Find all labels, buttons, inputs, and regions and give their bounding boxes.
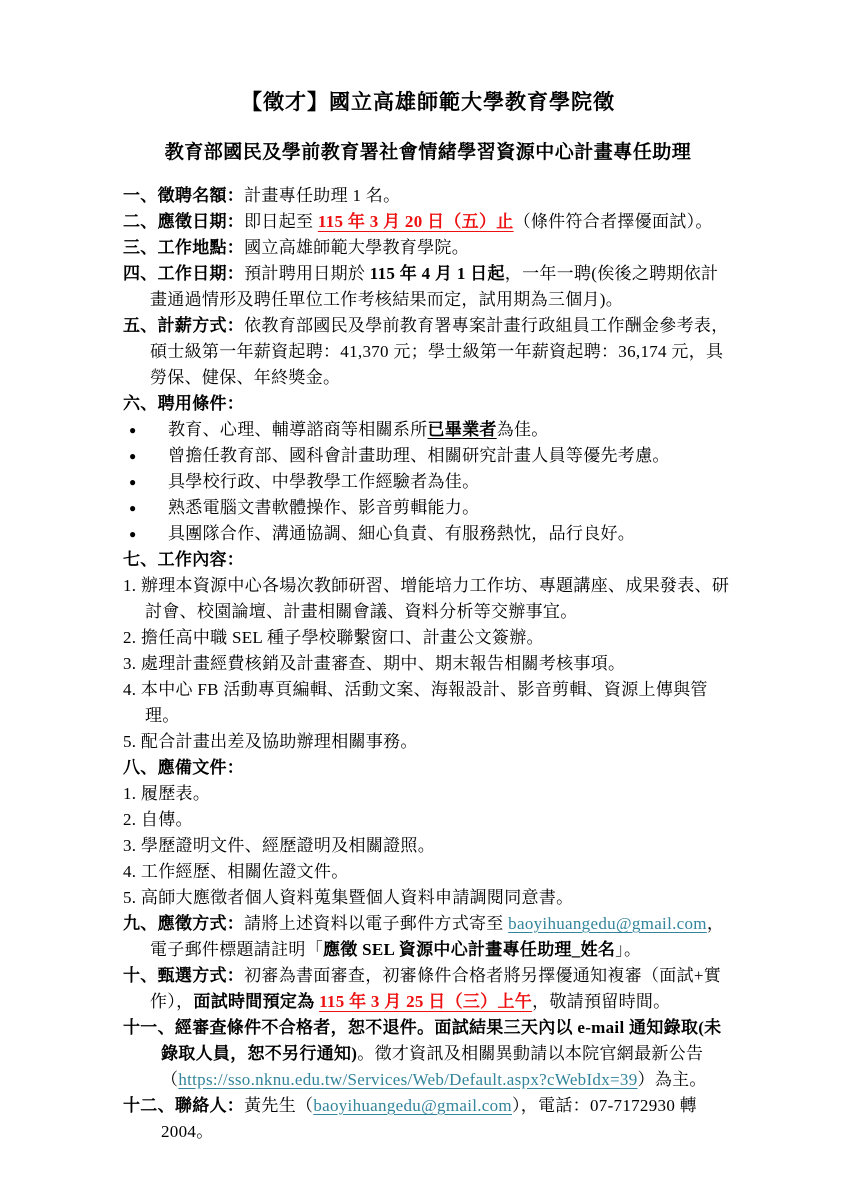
document-text: 工作經歷、相關佐證文件。 [141,862,349,881]
item-number: 1. [123,576,136,595]
bullet-icon: ● [129,443,137,469]
section-label: 五、計薪方式： [123,316,244,335]
section-how-to-apply: 九、應徵方式：請將上述資料以電子郵件方式寄至 baoyihuangedu@gma… [123,911,733,963]
section-text: 計畫專任助理 1 名。 [244,186,400,205]
duty-text: 擔任高中職 SEL 種子學校聯繫窗口、計畫公文簽辦。 [141,628,544,647]
item-number: 4. [123,680,136,699]
item-number: 2. [123,628,136,647]
bullet-icon: ● [129,521,137,547]
section-text: （條件符合者擇優面試）。 [514,212,713,231]
doc-title: 【徵才】國立高雄師範大學教育學院徵 [123,88,733,116]
section-salary: 五、計薪方式：依教育部國民及學前教育署專案計畫行政組員工作酬金參考表，碩士級第一… [123,313,733,391]
duty-item: 2. 擔任高中職 SEL 種子學校聯繫窗口、計畫公文簽辦。 [123,625,733,651]
section-text: 預計聘用日期於 [244,264,370,283]
applicant-email-link[interactable]: baoyihuangedu@gmail.com [508,914,707,933]
section-apply-deadline: 二、應徵日期：即日起至 115 年 3 月 20 日（五）止（條件符合者擇優面試… [123,209,733,235]
section-text: 國立高雄師範大學教育學院。 [244,238,469,257]
item-number: 1. [123,784,136,803]
doc-subtitle: 教育部國民及學前教育署社會情緒學習資源中心計畫專任助理 [123,140,733,166]
section-hiring-conditions: 六、聘用條件： [123,391,733,417]
section-selection-method: 十、甄選方式：初審為書面審查，初審條件合格者將另擇優通知複審（面試+實作），面試… [123,963,733,1015]
condition-item: ●曾擔任教育部、國科會計畫助理、相關研究計畫人員等優先考慮。 [123,443,733,469]
section-label: 七、工作內容： [123,550,244,569]
document-text: 自傳。 [141,810,193,829]
item-number: 5. [123,732,136,751]
section-work-date: 四、工作日期：預計聘用日期於 115 年 4 月 1 日起，一年一聘(俟後之聘期… [123,261,733,313]
document-item: 4. 工作經歷、相關佐證文件。 [123,859,733,885]
section-recruit-quota: 一、徵聘名額：計畫專任助理 1 名。 [123,183,733,209]
item-number: 5. [123,888,136,907]
section-label: 九、應徵方式： [123,914,244,933]
announcement-url-link[interactable]: https://sso.nknu.edu.tw/Services/Web/Def… [178,1070,637,1089]
section-text: ）為主。 [638,1070,707,1089]
job-posting-document: 【徵才】國立高雄師範大學教育學院徵 教育部國民及學前教育署社會情緒學習資源中心計… [0,0,849,1200]
bullet-icon: ● [129,469,137,495]
section-label: 二、應徵日期： [123,212,244,231]
section-label: 八、應備文件： [123,758,244,777]
condition-text: 教育、心理、輔導諮商等相關系所 [168,420,428,439]
condition-item: ●具學校行政、中學教學工作經驗者為佳。 [123,469,733,495]
email-subject: 應徵 SEL 資源中心計畫專任助理_姓名 [323,940,615,959]
item-number: 4. [123,862,136,881]
document-text: 高師大應徵者個人資料蒐集暨個人資料申請調閱同意書。 [141,888,574,907]
contact-email-link[interactable]: baoyihuangedu@gmail.com [313,1096,512,1115]
duty-item: 3. 處理計畫經費核銷及計畫審查、期中、期末報告相關考核事項。 [123,651,733,677]
section-review-notice: 十一、經審查條件不合格者，恕不退件。面試結果三天內以 e-mail 通知錄取(未… [123,1015,733,1093]
section-job-duties: 七、工作內容： [123,547,733,573]
section-contact-person: 十二、聯絡人：黃先生（baoyihuangedu@gmail.com），電話：0… [123,1093,733,1145]
section-work-location: 三、工作地點：國立高雄師範大學教育學院。 [123,235,733,261]
section-label: 四、工作日期： [123,264,244,283]
item-number: 3. [123,836,136,855]
item-number: 2. [123,810,136,829]
duty-text: 處理計畫經費核銷及計畫審查、期中、期末報告相關考核事項。 [141,654,625,673]
section-text: 請將上述資料以電子郵件方式寄至 [244,914,508,933]
duty-text: 配合計畫出差及協助辦理相關事務。 [141,732,418,751]
start-date: 115 年 4 月 1 日起 [370,264,505,283]
condition-text: 為佳。 [497,420,549,439]
condition-emphasis: 已畢業者 [428,420,497,439]
duty-item: 1. 辦理本資源中心各場次教師研習、增能培力工作坊、專題講座、成果發表、研討會、… [123,573,733,625]
interview-date: 115 年 3 月 25 日（三）上午 [319,992,532,1011]
section-text: 黃先生（ [244,1096,313,1115]
condition-item: ●教育、心理、輔導諮商等相關系所已畢業者為佳。 [123,417,733,443]
document-item: 5. 高師大應徵者個人資料蒐集暨個人資料申請調閱同意書。 [123,885,733,911]
section-label: 六、聘用條件： [123,394,244,413]
section-text: ，敬請預留時間。 [532,992,670,1011]
duty-item: 5. 配合計畫出差及協助辦理相關事務。 [123,729,733,755]
section-text: 」。 [615,940,641,959]
section-label: 十二、聯絡人： [123,1096,244,1115]
condition-text: 具團隊合作、溝通協調、細心負責、有服務熱忱，品行良好。 [168,524,635,543]
condition-text: 曾擔任教育部、國科會計畫助理、相關研究計畫人員等優先考慮。 [168,446,670,465]
condition-item: ●具團隊合作、溝通協調、細心負責、有服務熱忱，品行良好。 [123,521,733,547]
section-label: 十一、 [123,1018,175,1037]
item-number: 3. [123,654,136,673]
duty-text: 本中心 FB 活動專頁編輯、活動文案、海報設計、影音剪輯、資源上傳與管理。 [141,680,708,725]
section-text-bold: 面試時間預定為 [193,992,319,1011]
condition-text: 熟悉電腦文書軟體操作、影音剪輯能力。 [168,498,479,517]
section-label: 十、甄選方式： [123,966,244,985]
condition-item: ●熟悉電腦文書軟體操作、影音剪輯能力。 [123,495,733,521]
duty-text: 辦理本資源中心各場次教師研習、增能培力工作坊、專題講座、成果發表、研討會、校園論… [141,576,729,621]
document-item: 2. 自傳。 [123,807,733,833]
document-item: 3. 學歷證明文件、經歷證明及相關證照。 [123,833,733,859]
bullet-icon: ● [129,495,137,521]
section-required-documents: 八、應備文件： [123,755,733,781]
section-text: 即日起至 [244,212,318,231]
condition-text: 具學校行政、中學教學工作經驗者為佳。 [168,472,479,491]
document-text: 學歷證明文件、經歷證明及相關證照。 [141,836,435,855]
duty-item: 4. 本中心 FB 活動專頁編輯、活動文案、海報設計、影音剪輯、資源上傳與管理。 [123,677,733,729]
doc-body: 一、徵聘名額：計畫專任助理 1 名。 二、應徵日期：即日起至 115 年 3 月… [123,183,733,1145]
deadline-date: 115 年 3 月 20 日（五）止 [318,212,514,231]
bullet-icon: ● [129,417,137,443]
section-label: 一、徵聘名額： [123,186,244,205]
section-label: 三、工作地點： [123,238,244,257]
document-text: 履歷表。 [141,784,210,803]
document-item: 1. 履歷表。 [123,781,733,807]
